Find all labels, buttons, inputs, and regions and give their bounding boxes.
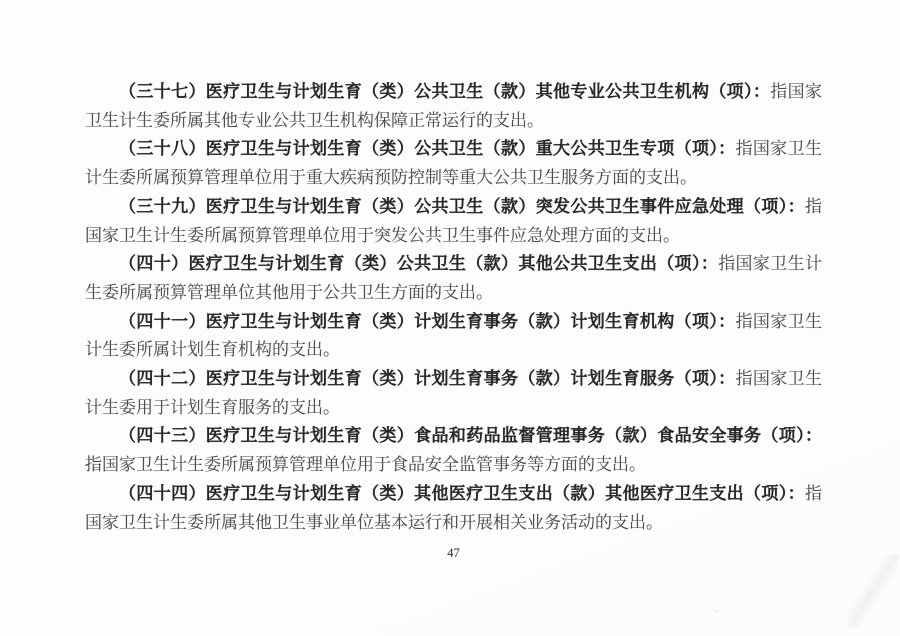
budget-clause-paragraph: （三十七）医疗卫生与计划生育（类）公共卫生（款）其他专业公共卫生机构（项）：指国… (85, 78, 822, 135)
budget-clause-paragraph: （三十九）医疗卫生与计划生育（类）公共卫生（款）突发公共卫生事件应急处理（项）：… (85, 193, 822, 250)
budget-clause-paragraph: （四十）医疗卫生与计划生育（类）公共卫生（款）其他公共卫生支出（项）：指国家卫生… (85, 250, 822, 307)
clause-heading: （四十一）医疗卫生与计划生育（类）计划生育事务（款）计划生育机构（项）： (119, 312, 736, 331)
document-content: （三十七）医疗卫生与计划生育（类）公共卫生（款）其他专业公共卫生机构（项）：指国… (85, 78, 822, 562)
clause-heading: （四十二）医疗卫生与计划生育（类）计划生育事务（款）计划生育服务（项）： (119, 369, 736, 388)
document-page: （三十七）医疗卫生与计划生育（类）公共卫生（款）其他专业公共卫生机构（项）：指国… (0, 0, 900, 636)
scan-artifact-dot (715, 610, 719, 612)
clause-heading: （四十三）医疗卫生与计划生育（类）食品和药品监督管理事务（款）食品安全事务（项）… (119, 426, 822, 445)
clause-heading: （三十七）医疗卫生与计划生育（类）公共卫生（款）其他专业公共卫生机构（项）： (119, 82, 770, 101)
clause-body: 指国家卫生计生委所属预算管理单位用于食品安全监管事务等方面的支出。 (85, 455, 646, 474)
clause-heading: （三十八）医疗卫生与计划生育（类）公共卫生（款）重大公共卫生专项（项）： (119, 139, 736, 158)
budget-clause-paragraph: （四十一）医疗卫生与计划生育（类）计划生育事务（款）计划生育机构（项）：指国家卫… (85, 308, 822, 365)
budget-clause-paragraph: （四十四）医疗卫生与计划生育（类）其他医疗卫生支出（款）其他医疗卫生支出（项）：… (85, 480, 822, 537)
clause-heading: （三十九）医疗卫生与计划生育（类）公共卫生（款）突发公共卫生事件应急处理（项）： (119, 197, 805, 216)
scan-artifact-streak (847, 549, 899, 632)
budget-clause-paragraph: （四十三）医疗卫生与计划生育（类）食品和药品监督管理事务（款）食品安全事务（项）… (85, 422, 822, 479)
clause-list: （三十七）医疗卫生与计划生育（类）公共卫生（款）其他专业公共卫生机构（项）：指国… (85, 78, 822, 537)
budget-clause-paragraph: （三十八）医疗卫生与计划生育（类）公共卫生（款）重大公共卫生专项（项）：指国家卫… (85, 135, 822, 192)
budget-clause-paragraph: （四十二）医疗卫生与计划生育（类）计划生育事务（款）计划生育服务（项）：指国家卫… (85, 365, 822, 422)
page-number: 47 (85, 544, 822, 562)
clause-heading: （四十）医疗卫生与计划生育（类）公共卫生（款）其他公共卫生支出（项）： (119, 254, 718, 273)
clause-heading: （四十四）医疗卫生与计划生育（类）其他医疗卫生支出（款）其他医疗卫生支出（项）： (119, 484, 805, 503)
